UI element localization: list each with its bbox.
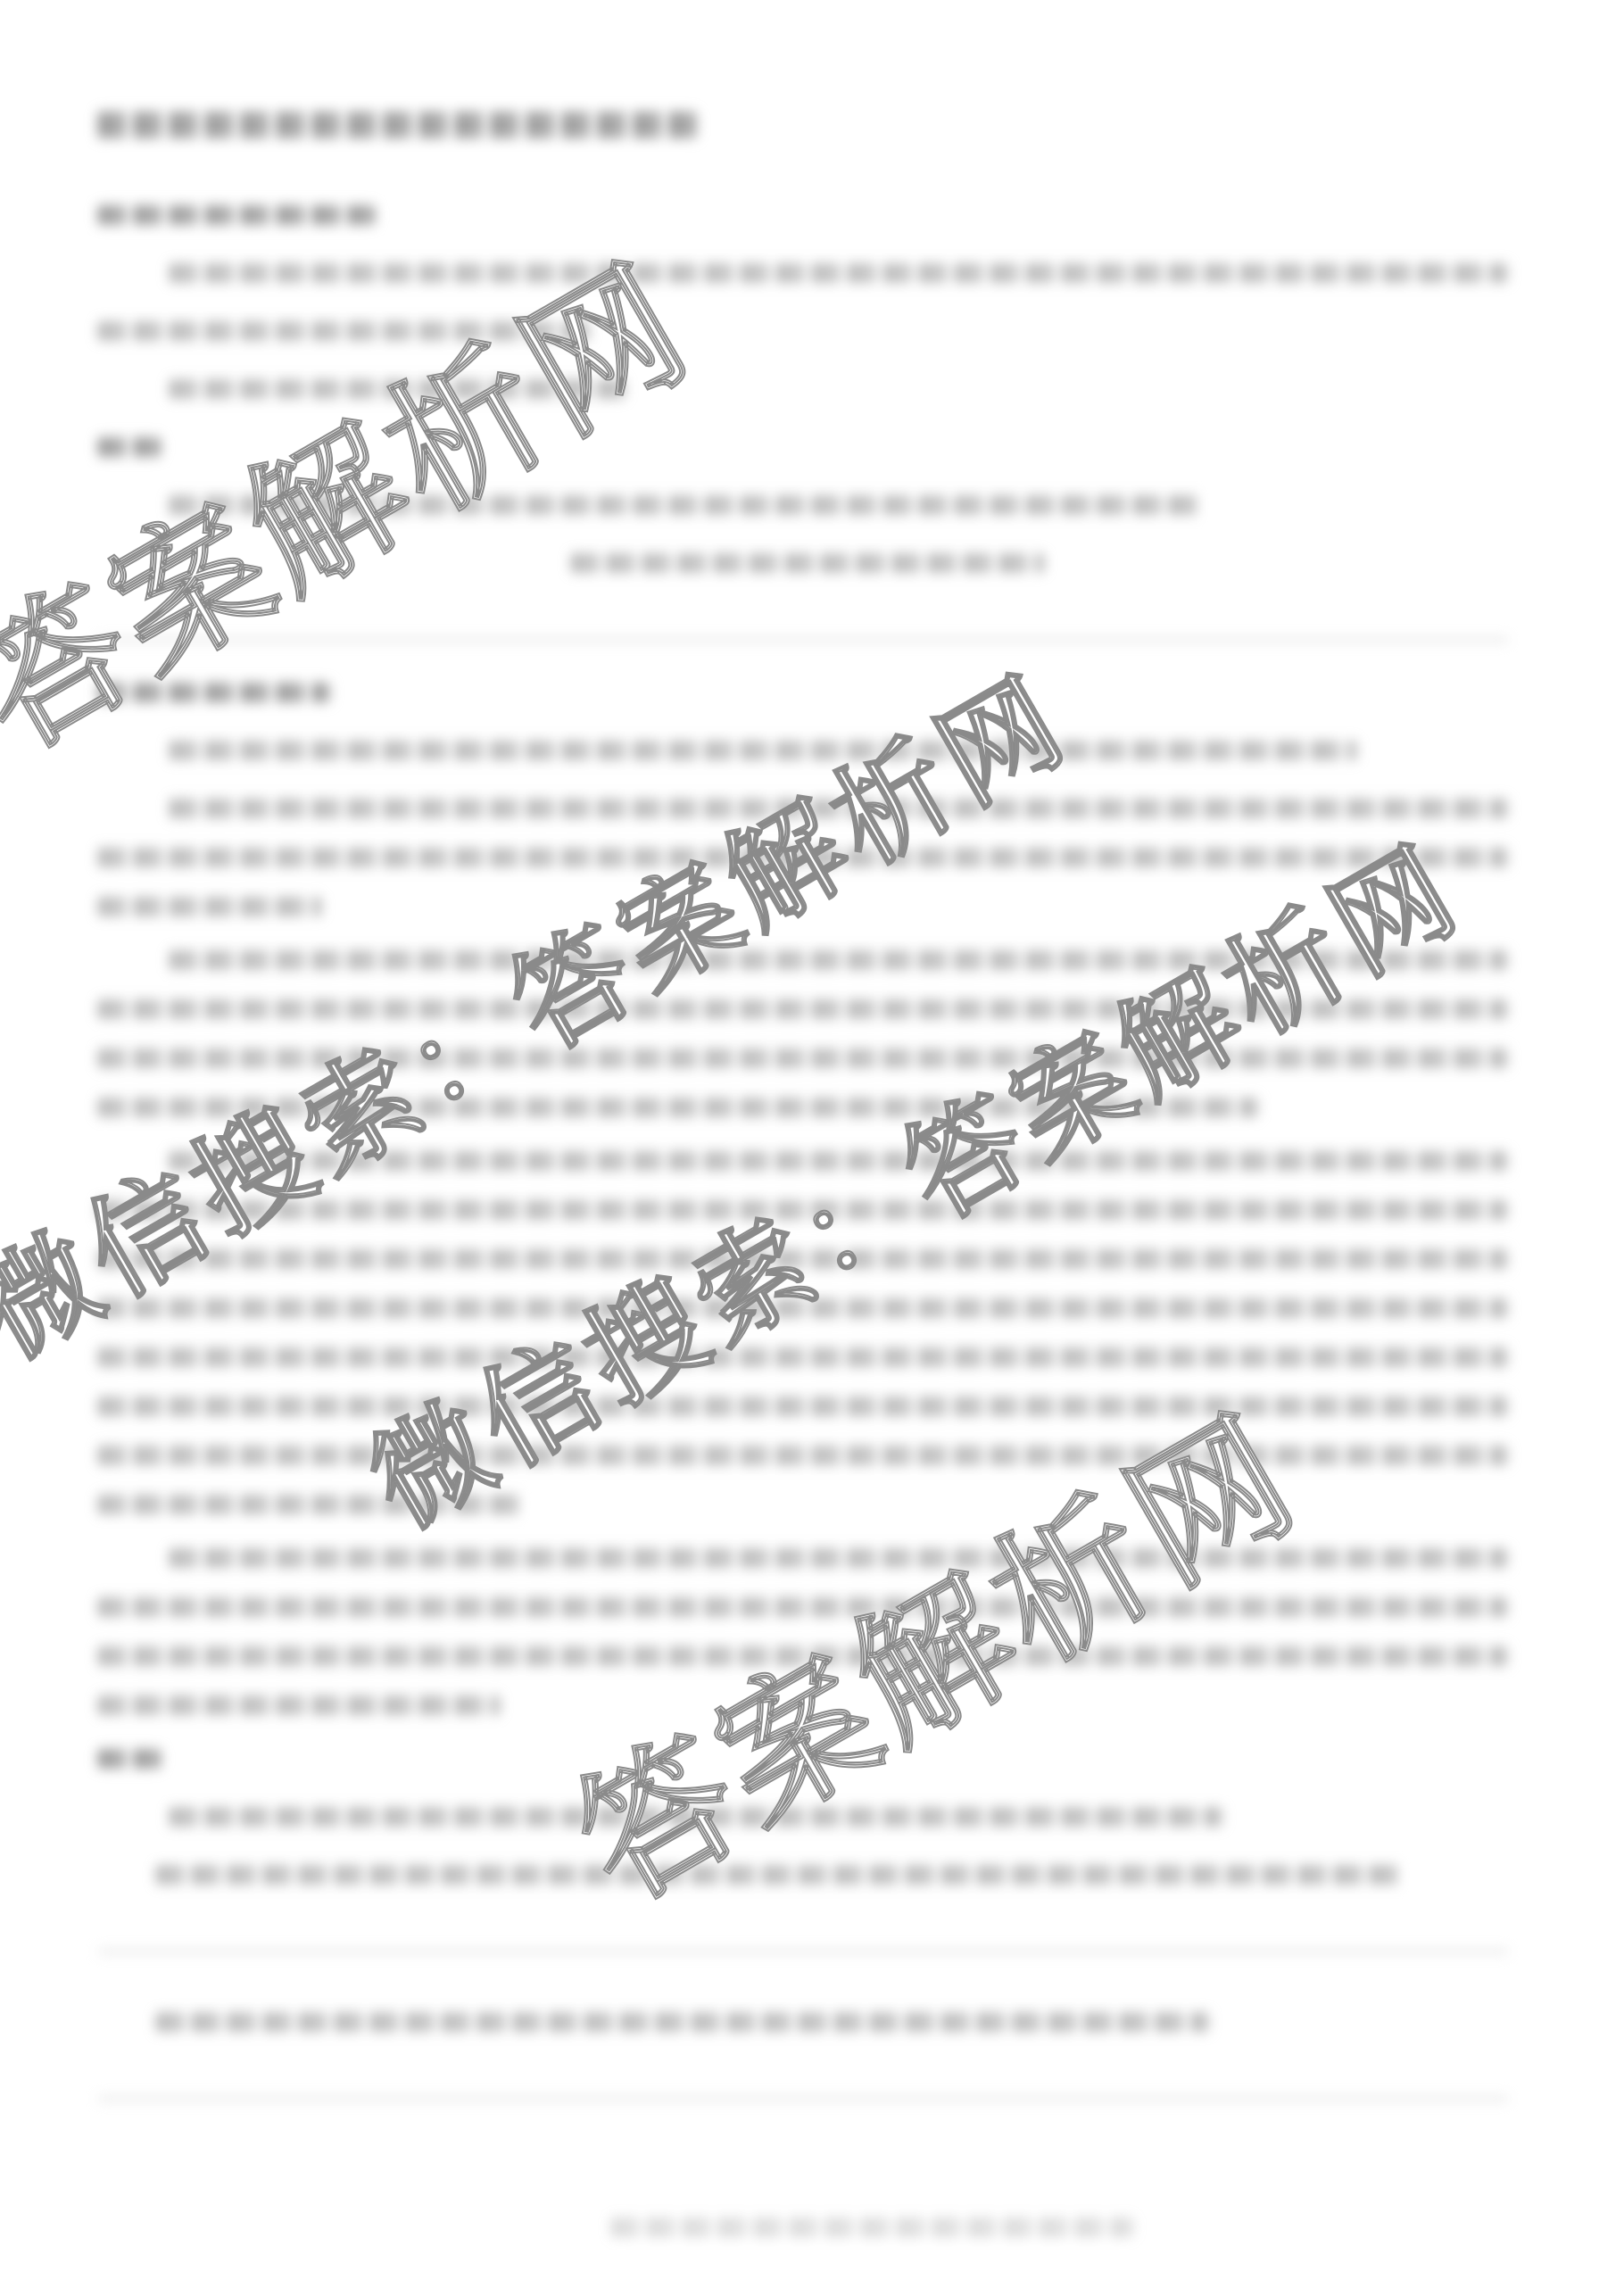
text-line [170,741,1356,760]
text-line [98,1695,500,1715]
text-line [156,2012,1209,2032]
divider [98,2097,1508,2101]
text-line [98,897,321,916]
text-line [98,437,161,457]
page-footer [611,2217,1133,2237]
text-line [170,263,1508,283]
text-line [156,1865,1405,1885]
text-line [98,1749,161,1769]
text-line [571,553,1044,573]
text-line [98,1397,1508,1416]
section-heading [98,112,696,138]
text-line [98,1446,1508,1465]
divider [98,638,1508,642]
divider [98,1950,1508,1953]
subsection-heading [98,205,375,225]
text-line [98,1347,1508,1367]
